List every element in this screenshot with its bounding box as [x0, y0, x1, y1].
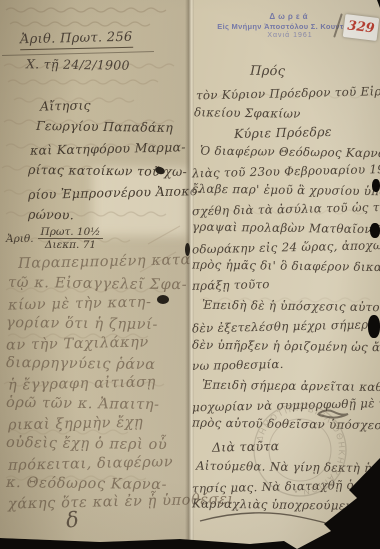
manuscript-line: οδωράκην εἰς 24 ὥρας, ἀποχωθεὶς: [192, 238, 380, 257]
manuscript-line: Ὁ διαφέρων Θεόδωρος Καρναχ-: [200, 144, 380, 161]
petition-heading-line: Αἴτησις: [40, 97, 91, 113]
body-line: κ. Θεόδωρος Καρνα-: [6, 475, 167, 493]
petition-heading-line: ρίου Ἐμπροσνέρου Ἀποκο-: [28, 183, 202, 202]
body-line: Παραπεμπομένη κατα: [18, 252, 191, 272]
body-line: κίων μὲ τὴν κατη-: [8, 294, 152, 313]
manuscript-line: γραψαὶ προλαβὼν Ματθαῖον Θε-: [192, 220, 380, 237]
body-line: ρικαὶ ξηρμὴν ἔχῃ: [8, 414, 144, 433]
catalog-number: 329: [347, 18, 376, 36]
manuscript-line: ἔλαβε παρ' ἐμοῦ ἃ χρυσίου ὑπο-: [192, 182, 380, 199]
ink-blot: [185, 243, 190, 256]
protocol-number-line: Ἀριθ. Πρωτ. 256: [20, 30, 133, 51]
date-line: Χ. τῇ 24/2/1900: [26, 56, 130, 72]
scanned-manuscript: Ἀριθ. Πρωτ. 256 Χ. τῇ 24/2/1900 Αἴτησις …: [0, 0, 380, 549]
petition-heading-line: Γεωργίου Παπαδάκη: [36, 118, 173, 135]
body-line: τῷ κ. Εἰσαγγελεῖ Σφα-: [8, 275, 187, 294]
manuscript-line: δικείου Σφακίων: [194, 105, 301, 120]
body-line: διαρρηγνύεις ῥάνα: [6, 355, 156, 373]
body-line: ὁρῶ τῶν κ. Ἀπαιτη-: [6, 395, 160, 413]
petition-heading-line: καὶ Κατηφόρου Μαρμα-: [30, 139, 186, 158]
body-line: ἡ ἔγγραφη αἰτιάσῃ: [8, 374, 156, 393]
registry-numerator: Πρωτ. 10½: [38, 226, 104, 239]
left-page: Ἀριθ. Πρωτ. 256 Χ. τῇ 24/2/1900 Αἴτησις …: [0, 0, 189, 549]
body-line: αν τὴν Ταχιλάκην: [6, 334, 149, 353]
torn-edge-fragment: [368, 315, 380, 338]
manuscript-line: Πρός: [250, 64, 286, 79]
petition-heading-line: ρώνου.: [28, 207, 74, 223]
library-seal: • ΔΗΜΟΤΙΚΗ ΒΙΒΛΙΟΘΗΚΗ ΧΑΝΙΩΝ •: [248, 398, 352, 502]
manuscript-line: Κύριε Πρόεδρε: [234, 124, 332, 141]
manuscript-line: πράξῃ τοῦτο: [192, 277, 270, 293]
manuscript-line: Ἐπειδὴ δὲ ἡ ὑπόσχεσις αὐτοῦ: [202, 298, 380, 315]
registry-denominator: Διεκπ. 71: [38, 239, 104, 251]
manuscript-line: πρὸς ἡμᾶς δι' ὃ διαφέρον δικαίωμα: [192, 257, 380, 274]
manuscript-line: νω προθεσμία.: [192, 357, 284, 373]
manuscript-line: Ἐπειδὴ σήμερα ἀρνεῖται καθ' ὁ-: [202, 378, 380, 395]
registry-label: Ἀριθ.: [6, 233, 34, 245]
manuscript-line: τὸν Κύριον Πρόεδρον τοῦ Εἰρηνο-: [196, 84, 380, 103]
ink-blot: [157, 295, 169, 304]
registry-fraction: Ἀριθ. Πρωτ. 10½ Διεκπ. 71: [6, 226, 103, 251]
manuscript-line: σχέθη διὰ τὰ ἀσύλια τοῦ ὡς τὰς: [192, 200, 380, 219]
catalog-number-label: 329: [343, 14, 380, 41]
torn-edge-fragment: [372, 179, 380, 192]
protocol-underline: [2, 51, 154, 56]
manuscript-line: δὲν ἐξετελέσθη μέχρι σήμερον καὶ: [192, 317, 380, 336]
body-line: πρόκειται, διαφέρων: [8, 454, 174, 474]
body-line: γορίαν ὅτι ἡ ζημνί-: [6, 315, 158, 333]
closing-flourish: δ: [65, 507, 80, 532]
manuscript-line: δὲν ὑπῆρξεν ἡ ὁριζομένη ὡς ἄ-: [192, 338, 380, 355]
manuscript-line: λιὰς τοῦ 23ου Φεβρουαρίου 1900,: [192, 162, 380, 181]
paper: Ἀριθ. Πρωτ. 256 Χ. τῇ 24/2/1900 Αἴτησις …: [0, 0, 380, 549]
torn-edge-fragment: [370, 223, 380, 238]
body-line: οὐδεὶς ἔχῃ ὁ περὶ οὗ: [6, 435, 168, 453]
